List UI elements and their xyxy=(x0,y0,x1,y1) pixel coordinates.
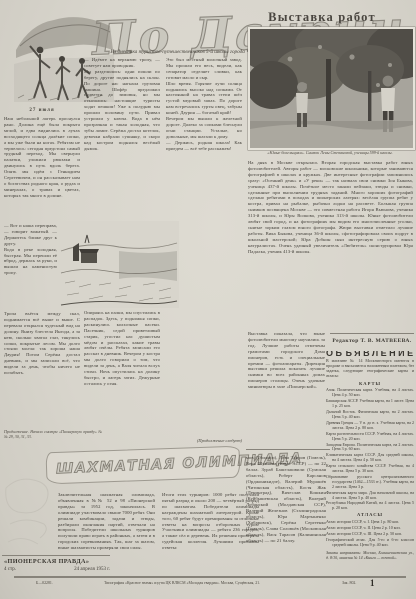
exhibition-cont-text: Выставка показала, что юные фотолюбители… xyxy=(248,331,325,443)
atlases-list: Атлас истории СССР, ч. I. Цена 1 р. 80 к… xyxy=(326,520,414,548)
faint-sketch-svg xyxy=(0,468,56,554)
list-item: Древняя Греция — V в. до н. э. Учебная к… xyxy=(326,421,414,431)
footer-rule xyxy=(14,576,406,578)
chess-names-column: мов (Тбилиси), Лёва Таиров (Гомель), Вер… xyxy=(246,455,326,571)
list-item: Карта сельского хозяйства СССР. Учебная,… xyxy=(326,464,414,474)
list-item: Республика Народный Китай, на 4 листах. … xyxy=(326,501,414,511)
valley-illustration-svg xyxy=(59,221,179,308)
dauria-column-1a: Наш небольшой лагерь проснулся рано. Дол… xyxy=(4,116,80,220)
faint-sketch xyxy=(0,468,56,554)
list-item: Башкирская АССР. Учебная карта, на 1 лис… xyxy=(326,399,414,409)
issue-date: 24 апреля 1953 г. xyxy=(74,567,110,572)
list-item: Дальний Восток. Физическая карта, на 2 л… xyxy=(326,410,414,420)
imprint-line: Типография «Красное знамя» изд-ва ЦК ВЛК… xyxy=(104,581,324,585)
dauria-column-2b: Опираясь на палки, мы спустились в распа… xyxy=(84,310,160,448)
page-info: 4 стр. xyxy=(4,567,16,572)
order-number: Зак. 802. xyxy=(342,581,356,585)
list-item: Климатическая карта СССР. Для средней шк… xyxy=(326,453,414,463)
atlases-heading: АТЛАСЫ xyxy=(326,513,414,518)
announcement-block: ОБЪЯВЛЕНИЕ В магазине № 14 Москниготорга… xyxy=(326,351,414,573)
index-code: Б—02281. xyxy=(36,581,53,585)
valley-illustration xyxy=(59,221,179,308)
announcement-address: Заказы направлять: Москва, Большевистска… xyxy=(326,551,414,561)
list-item: Физическая карта мира. Для начальной шко… xyxy=(326,491,414,501)
np-name-block: «ПИОНЕРСКАЯ ПРАВДА» 4 стр. 24 апреля 195… xyxy=(4,558,110,572)
editor-line: Редактор Т. В. МАТВЕЕВА. xyxy=(330,338,414,344)
editor-rule xyxy=(330,333,414,334)
exhibition-lead-text: На днях в Москве открылась Вторая городс… xyxy=(248,160,413,326)
maps-heading: КАРТЫ xyxy=(326,382,414,387)
diary-date-heading: 27 июля xyxy=(4,108,80,113)
maps-list: Азия. Политическая карта. Учебная, на 4 … xyxy=(326,388,414,511)
chess-column-b: Итоги этих турниров: 1000 ребят получили… xyxy=(162,492,259,574)
newspaper-page: По Даурии Из дневника туристов-путешеств… xyxy=(0,0,416,599)
page-mark: 1 xyxy=(370,578,375,588)
dauria-column-1c: Тропа вьётся между скал, поднимается всё… xyxy=(4,311,80,427)
dauria-column-1b: — Вот и наша переправа, — говорит вожаты… xyxy=(4,223,57,308)
to-be-continued: (Продолжение следует) xyxy=(166,438,242,443)
garden-photo-svg xyxy=(250,29,413,148)
exhibition-photo xyxy=(248,27,415,150)
dauria-column-2a: — Идёмте на верхнюю тропу, — советует на… xyxy=(84,57,160,219)
photo-caption: «Юные болельщики». Снимок Лены Степаново… xyxy=(246,150,414,155)
names-rule xyxy=(246,449,330,450)
list-item: Географический атлас. Для 5-го и 6-го кл… xyxy=(326,538,414,548)
announcement-intro: В магазине № 14 Москниготорга имеются в … xyxy=(326,359,414,379)
list-item: Образование русского централизованного г… xyxy=(326,475,414,490)
announcement-title: ОБЪЯВЛЕНИЕ xyxy=(326,351,414,356)
newspaper-name: «ПИОНЕРСКАЯ ПРАВДА» xyxy=(4,558,110,565)
list-item: Западная Европа. Политическая карта, на … xyxy=(326,443,414,453)
list-item: Азия. Политическая карта. Учебная, на 4 … xyxy=(326,388,414,398)
list-item: Карта растительности СССР. Учебная, на 4… xyxy=(326,432,414,442)
